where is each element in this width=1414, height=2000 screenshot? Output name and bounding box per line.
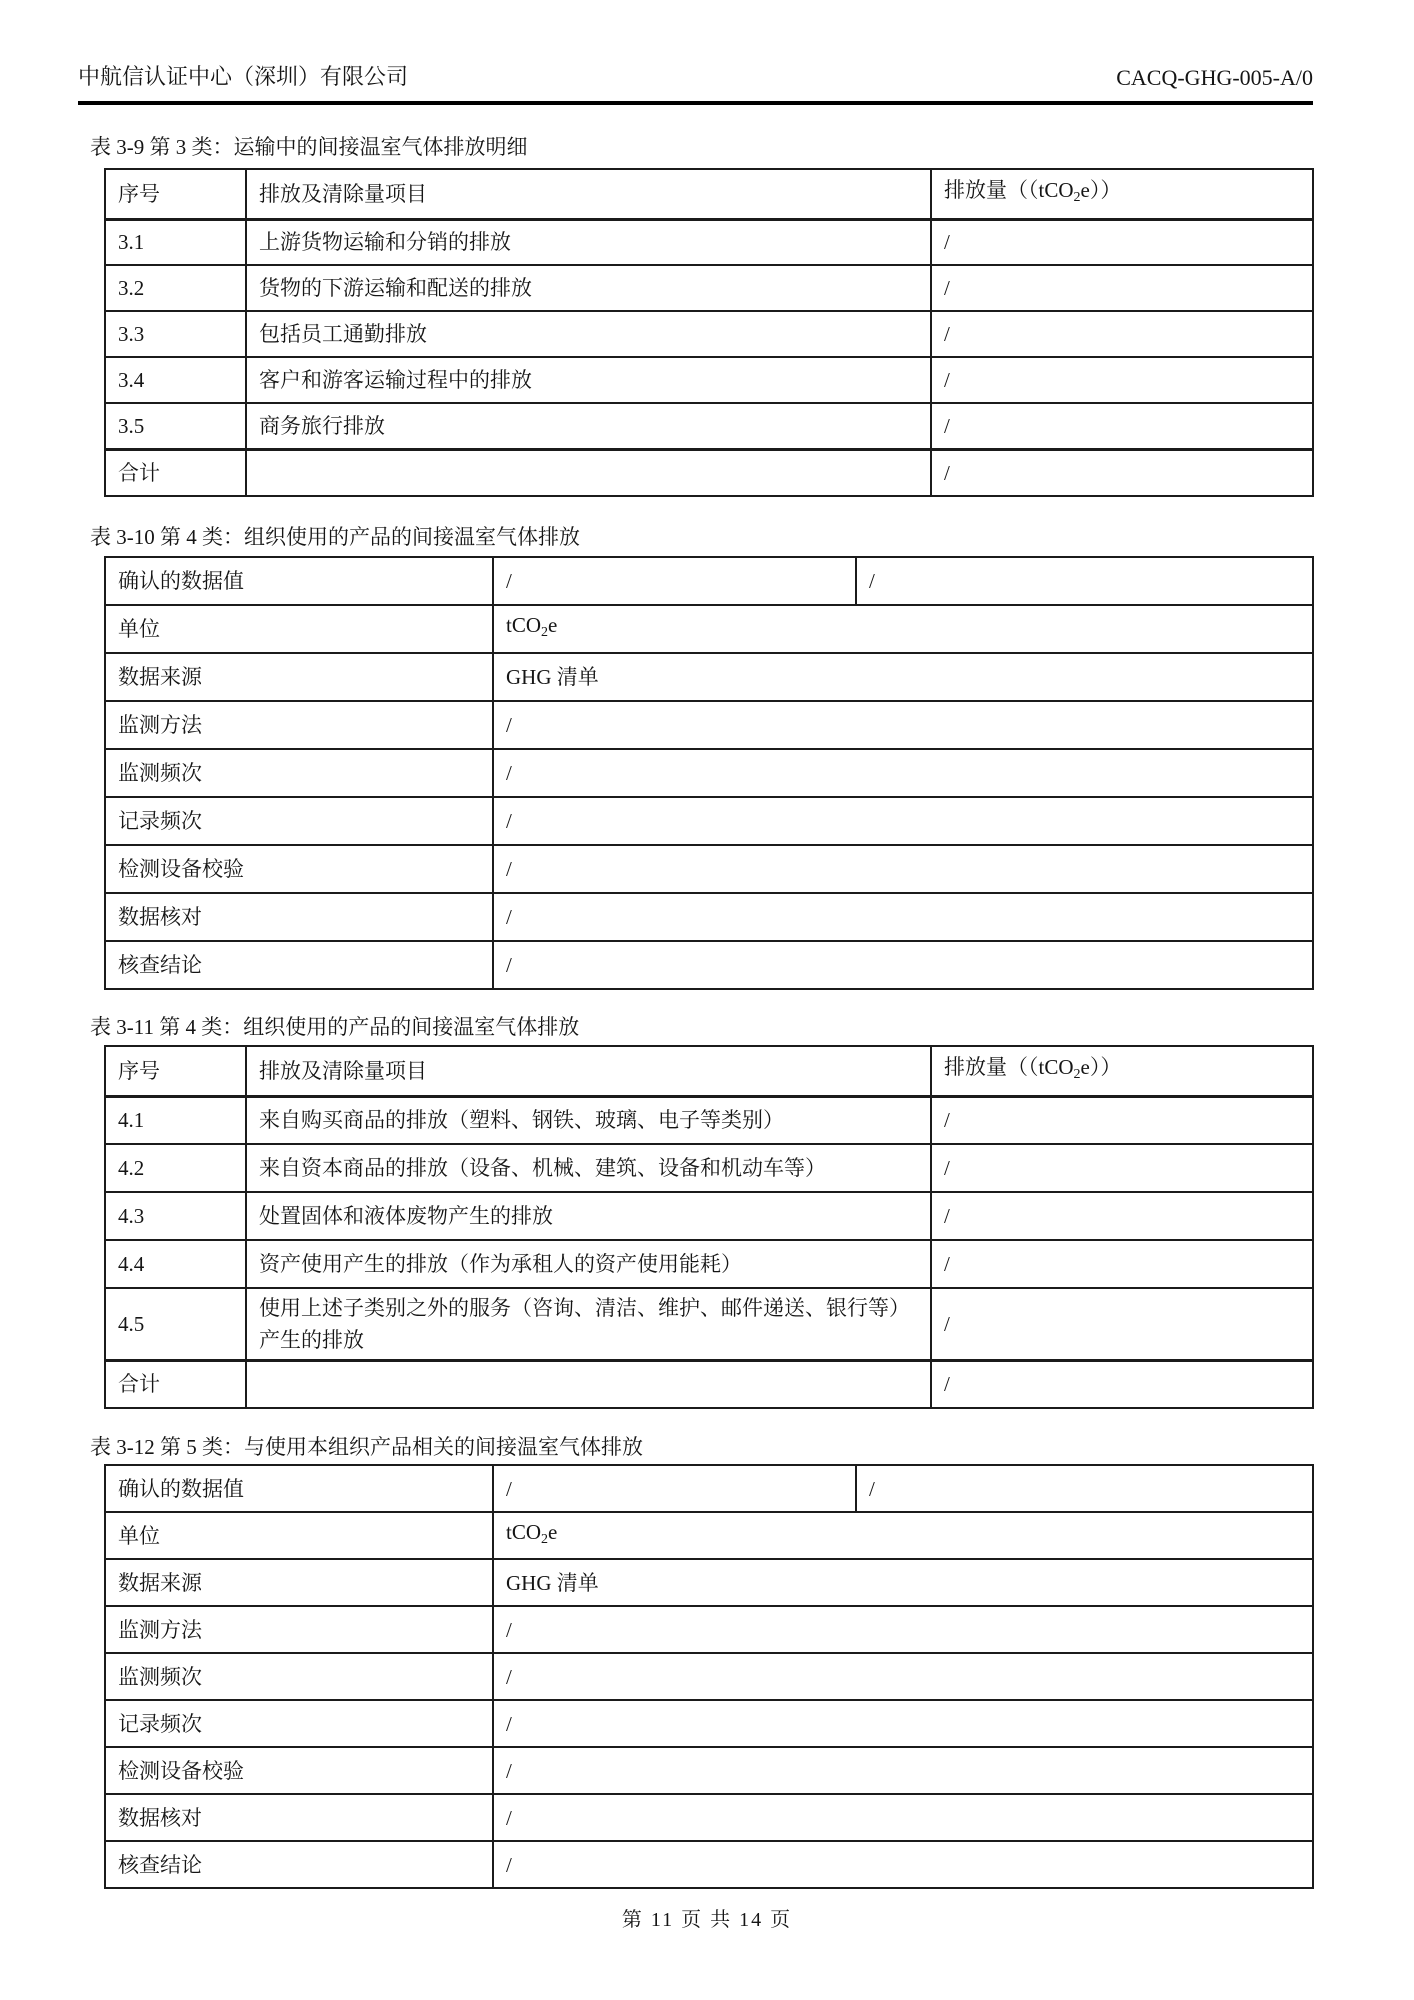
emission-header-text: e）） [1081,178,1122,202]
cell-label: 记录频次 [105,1700,493,1747]
table-row: 数据来源 GHG 清单 [105,653,1313,701]
header-divider [78,101,1313,105]
col-header-emission: 排放量（（tCO2e）） [931,1046,1313,1096]
cell-value: / [493,1653,1313,1700]
cell-value: GHG 清单 [493,653,1313,701]
cell-label: 检测设备校验 [105,1747,493,1794]
total-row: 合计 / [105,1360,1313,1408]
table-row: 3.5 商务旅行排放 / [105,403,1313,449]
cell-label: 数据来源 [105,1559,493,1606]
cell-no: 4.4 [105,1240,246,1288]
cell-item: 货物的下游运输和配送的排放 [246,265,931,311]
cell-no: 4.1 [105,1096,246,1144]
co2-subscript: 2 [1074,190,1081,205]
co2-subscript: 2 [541,1532,548,1547]
cell-item: 客户和游客运输过程中的排放 [246,357,931,403]
table-row: 数据来源 GHG 清单 [105,1559,1313,1606]
table-row: 4.4 资产使用产生的排放（作为承租人的资产使用能耗） / [105,1240,1313,1288]
table-row: 监测频次 / [105,1653,1313,1700]
cell-no: 3.5 [105,403,246,449]
cell-value: / [493,1747,1313,1794]
cell-no: 3.4 [105,357,246,403]
cell-no: 4.2 [105,1144,246,1192]
cell-label: 核查结论 [105,941,493,989]
company-name: 中航信认证中心（深圳）有限公司 [78,60,408,91]
cell-value: / [931,265,1313,311]
table311: 序号 排放及清除量项目 排放量（（tCO2e）） 4.1 来自购买商品的排放（塑… [104,1045,1314,1409]
table-row: 3.3 包括员工通勤排放 / [105,311,1313,357]
col-header-item: 排放及清除量项目 [246,169,931,219]
cell-value: GHG 清单 [493,1559,1313,1606]
cell-label: 检测设备校验 [105,845,493,893]
cell-no: 3.1 [105,219,246,265]
cell-no: 4.5 [105,1288,246,1360]
cell-empty [246,1360,931,1408]
cell-label: 单位 [105,1512,493,1559]
table-row: 核查结论 / [105,941,1313,989]
table-row: 确认的数据值 / / [105,557,1313,605]
document-page: 中航信认证中心（深圳）有限公司 CACQ-GHG-005-A/0 表 3-9 第… [0,0,1414,2000]
table-row: 监测频次 / [105,749,1313,797]
cell-value: tCO2e [493,1512,1313,1559]
cell-label: 数据核对 [105,1794,493,1841]
cell-value: / [931,1240,1313,1288]
table-row: 3.1 上游货物运输和分销的排放 / [105,219,1313,265]
cell-label: 核查结论 [105,1841,493,1888]
cell-value: / [493,1700,1313,1747]
page-number: 第 11 页 共 14 页 [0,1903,1414,1932]
cell-no: 3.2 [105,265,246,311]
cell-value: / [931,403,1313,449]
table-row: 确认的数据值 / / [105,1465,1313,1512]
cell-value: / [493,557,856,605]
emission-header-text: 排放量（（tCO [944,178,1074,202]
emission-header-text: 排放量（（tCO [944,1055,1074,1079]
table310: 确认的数据值 / / 单位 tCO2e 数据来源 GHG 清单 监测方法 / 监… [104,556,1314,990]
cell-value: / [493,701,1313,749]
cell-item: 上游货物运输和分销的排放 [246,219,931,265]
cell-value: / [856,557,1313,605]
cell-value: / [931,1192,1313,1240]
unit-text: tCO [506,613,541,637]
table-row: 数据核对 / [105,893,1313,941]
table310-title: 表 3-10 第 4 类：组织使用的产品的间接温室气体排放 [90,521,580,551]
table-row: 记录频次 / [105,1700,1313,1747]
cell-value: / [931,219,1313,265]
cell-label: 单位 [105,605,493,653]
co2-subscript: 2 [541,625,548,640]
table-row: 核查结论 / [105,1841,1313,1888]
col-header-no: 序号 [105,169,246,219]
cell-item: 使用上述子类别之外的服务（咨询、清洁、维护、邮件递送、银行等）产生的排放 [246,1288,931,1360]
table-row: 单位 tCO2e [105,605,1313,653]
cell-label: 监测方法 [105,701,493,749]
table-row: 单位 tCO2e [105,1512,1313,1559]
cell-label: 监测频次 [105,749,493,797]
table-row: 4.3 处置固体和液体废物产生的排放 / [105,1192,1313,1240]
cell-item: 处置固体和液体废物产生的排放 [246,1192,931,1240]
col-header-no: 序号 [105,1046,246,1096]
cell-label: 数据来源 [105,653,493,701]
cell-value: / [931,311,1313,357]
cell-total-label: 合计 [105,1360,246,1408]
cell-label: 数据核对 [105,893,493,941]
cell-total-value: / [931,1360,1313,1408]
unit-text: e [548,613,557,637]
col-header-item: 排放及清除量项目 [246,1046,931,1096]
cell-value: / [493,1841,1313,1888]
cell-value: / [931,357,1313,403]
cell-label: 监测方法 [105,1606,493,1653]
cell-value: / [931,1096,1313,1144]
page-header: 中航信认证中心（深圳）有限公司 CACQ-GHG-005-A/0 [78,60,1313,91]
cell-item: 商务旅行排放 [246,403,931,449]
cell-item: 来自资本商品的排放（设备、机械、建筑、设备和机动车等） [246,1144,931,1192]
cell-total-label: 合计 [105,449,246,496]
unit-text: tCO [506,1520,541,1544]
table-row: 检测设备校验 / [105,1747,1313,1794]
table312-title: 表 3-12 第 5 类：与使用本组织产品相关的间接温室气体排放 [90,1431,643,1461]
cell-label: 确认的数据值 [105,557,493,605]
cell-total-value: / [931,449,1313,496]
cell-value: / [493,749,1313,797]
table39-title: 表 3-9 第 3 类：运输中的间接温室气体排放明细 [90,131,528,161]
cell-value: / [931,1144,1313,1192]
total-row: 合计 / [105,449,1313,496]
cell-value: / [931,1288,1313,1360]
cell-value: / [493,893,1313,941]
cell-value: / [493,1794,1313,1841]
table-row: 监测方法 / [105,1606,1313,1653]
cell-value: / [493,941,1313,989]
emission-header-text: e）） [1081,1055,1122,1079]
cell-value: / [493,845,1313,893]
cell-empty [246,449,931,496]
table-row: 4.5 使用上述子类别之外的服务（咨询、清洁、维护、邮件递送、银行等）产生的排放… [105,1288,1313,1360]
col-header-emission: 排放量（（tCO2e）） [931,169,1313,219]
table311-title: 表 3-11 第 4 类：组织使用的产品的间接温室气体排放 [90,1011,579,1041]
table-header-row: 序号 排放及清除量项目 排放量（（tCO2e）） [105,169,1313,219]
table-row: 3.4 客户和游客运输过程中的排放 / [105,357,1313,403]
cell-value: / [493,797,1313,845]
cell-label: 记录频次 [105,797,493,845]
cell-no: 4.3 [105,1192,246,1240]
table-header-row: 序号 排放及清除量项目 排放量（（tCO2e）） [105,1046,1313,1096]
cell-value: / [493,1606,1313,1653]
doc-code: CACQ-GHG-005-A/0 [1116,65,1313,91]
cell-label: 确认的数据值 [105,1465,493,1512]
cell-value: / [493,1465,856,1512]
table-row: 4.2 来自资本商品的排放（设备、机械、建筑、设备和机动车等） / [105,1144,1313,1192]
cell-item: 资产使用产生的排放（作为承租人的资产使用能耗） [246,1240,931,1288]
unit-text: e [548,1520,557,1544]
table-row: 记录频次 / [105,797,1313,845]
table-row: 数据核对 / [105,1794,1313,1841]
cell-value: tCO2e [493,605,1313,653]
cell-item: 来自购买商品的排放（塑料、钢铁、玻璃、电子等类别） [246,1096,931,1144]
table-row: 监测方法 / [105,701,1313,749]
table312: 确认的数据值 / / 单位 tCO2e 数据来源 GHG 清单 监测方法 / 监… [104,1464,1314,1889]
cell-value: / [856,1465,1313,1512]
cell-item: 包括员工通勤排放 [246,311,931,357]
cell-label: 监测频次 [105,1653,493,1700]
table39: 序号 排放及清除量项目 排放量（（tCO2e）） 3.1 上游货物运输和分销的排… [104,168,1314,497]
table-row: 3.2 货物的下游运输和配送的排放 / [105,265,1313,311]
cell-no: 3.3 [105,311,246,357]
co2-subscript: 2 [1074,1067,1081,1082]
table-row: 4.1 来自购买商品的排放（塑料、钢铁、玻璃、电子等类别） / [105,1096,1313,1144]
table-row: 检测设备校验 / [105,845,1313,893]
